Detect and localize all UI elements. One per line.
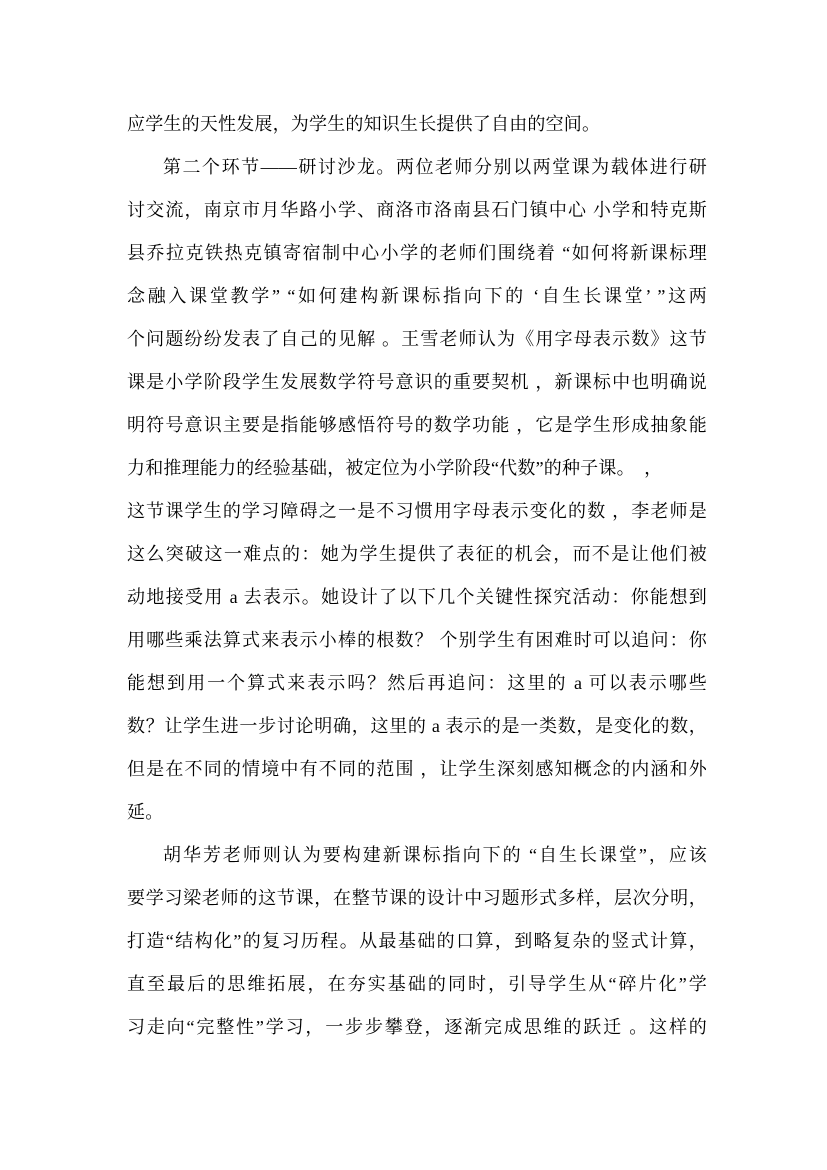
text-line: 力和推理能力的经验基础，被定位为小学阶段“代数”的种子课。 ， — [127, 447, 707, 490]
text-line: 县乔拉克铁热克镇寄宿制中心小学的老师们围绕着 “如何将新课标理 — [127, 232, 707, 275]
text-line: 延。 — [127, 791, 707, 834]
text-line: 能想到用一个算式来表示吗？然后再追问：这里的 a 可以表示哪些 — [127, 662, 707, 705]
text-line: 用哪些乘法算式来表示小棒的根数？ 个别学生有困难时可以追问：你 — [127, 619, 707, 662]
text-line: 课是小学阶段学生发展数学符号意识的重要契机 ，新课标中也明确说 — [127, 361, 707, 404]
paragraph-huhuafang-view: 胡华芳老师则认为要构建新课标指向下的 “自生长课堂”，应该 要学习梁老师的这节课… — [127, 834, 707, 1049]
document-page: 应学生的天性发展，为学生的知识生长提供了自由的空间。 第二个环节——研讨沙龙。两… — [0, 0, 827, 1170]
text-line: 念融入课堂教学” “如何建构新课标指向下的 ‘自生长课堂’ ”这两 — [127, 275, 707, 318]
text-line: 胡华芳老师则认为要构建新课标指向下的 “自生长课堂”，应该 — [127, 834, 707, 877]
text-line: 讨交流，南京市月华路小学、商洛市洛南县石门镇中心 小学和特克斯 — [127, 189, 707, 232]
paragraph-continuation: 应学生的天性发展，为学生的知识生长提供了自由的空间。 — [127, 103, 707, 146]
text-line: 明符号意识主要是指能够感悟符号的数学功能 ，它是学生形成抽象能 — [127, 404, 707, 447]
text-line: 动地接受用 a 去表示。她设计了以下几个关键性探究活动：你能想到 — [127, 576, 707, 619]
text-line: 要学习梁老师的这节课，在整节课的设计中习题形式多样，层次分明， — [127, 877, 707, 920]
text-line: 第二个环节——研讨沙龙。两位老师分别以两堂课为载体进行研 — [127, 146, 707, 189]
text-line: 习走向“完整性”学习，一步步攀登，逐渐完成思维的跃迁 。这样的 — [127, 1006, 707, 1049]
text-line: 这节课学生的学习障碍之一是不习惯用字母表示变化的数 ，李老师是 — [127, 490, 707, 533]
paragraph-second-session: 第二个环节——研讨沙龙。两位老师分别以两堂课为载体进行研 讨交流，南京市月华路小… — [127, 146, 707, 834]
text-line: 个问题纷纷发表了自己的见解 。王雪老师认为《用字母表示数》这节 — [127, 318, 707, 361]
text-line: 数？让学生进一步讨论明确，这里的 a 表示的是一类数，是变化的数， — [127, 705, 707, 748]
text-line: 这么突破这一难点的：她为学生提供了表征的机会，而不是让他们被 — [127, 533, 707, 576]
text-line: 应学生的天性发展，为学生的知识生长提供了自由的空间。 — [127, 103, 707, 146]
text-block: 应学生的天性发展，为学生的知识生长提供了自由的空间。 第二个环节——研讨沙龙。两… — [127, 103, 707, 1049]
text-line: 直至最后的思维拓展，在夯实基础的同时，引导学生从“碎片化”学 — [127, 963, 707, 1006]
text-line: 但是在不同的情境中有不同的范围 ，让学生深刻感知概念的内涵和外 — [127, 748, 707, 791]
text-line: 打造“结构化”的复习历程。从最基础的口算，到略复杂的竖式计算， — [127, 920, 707, 963]
